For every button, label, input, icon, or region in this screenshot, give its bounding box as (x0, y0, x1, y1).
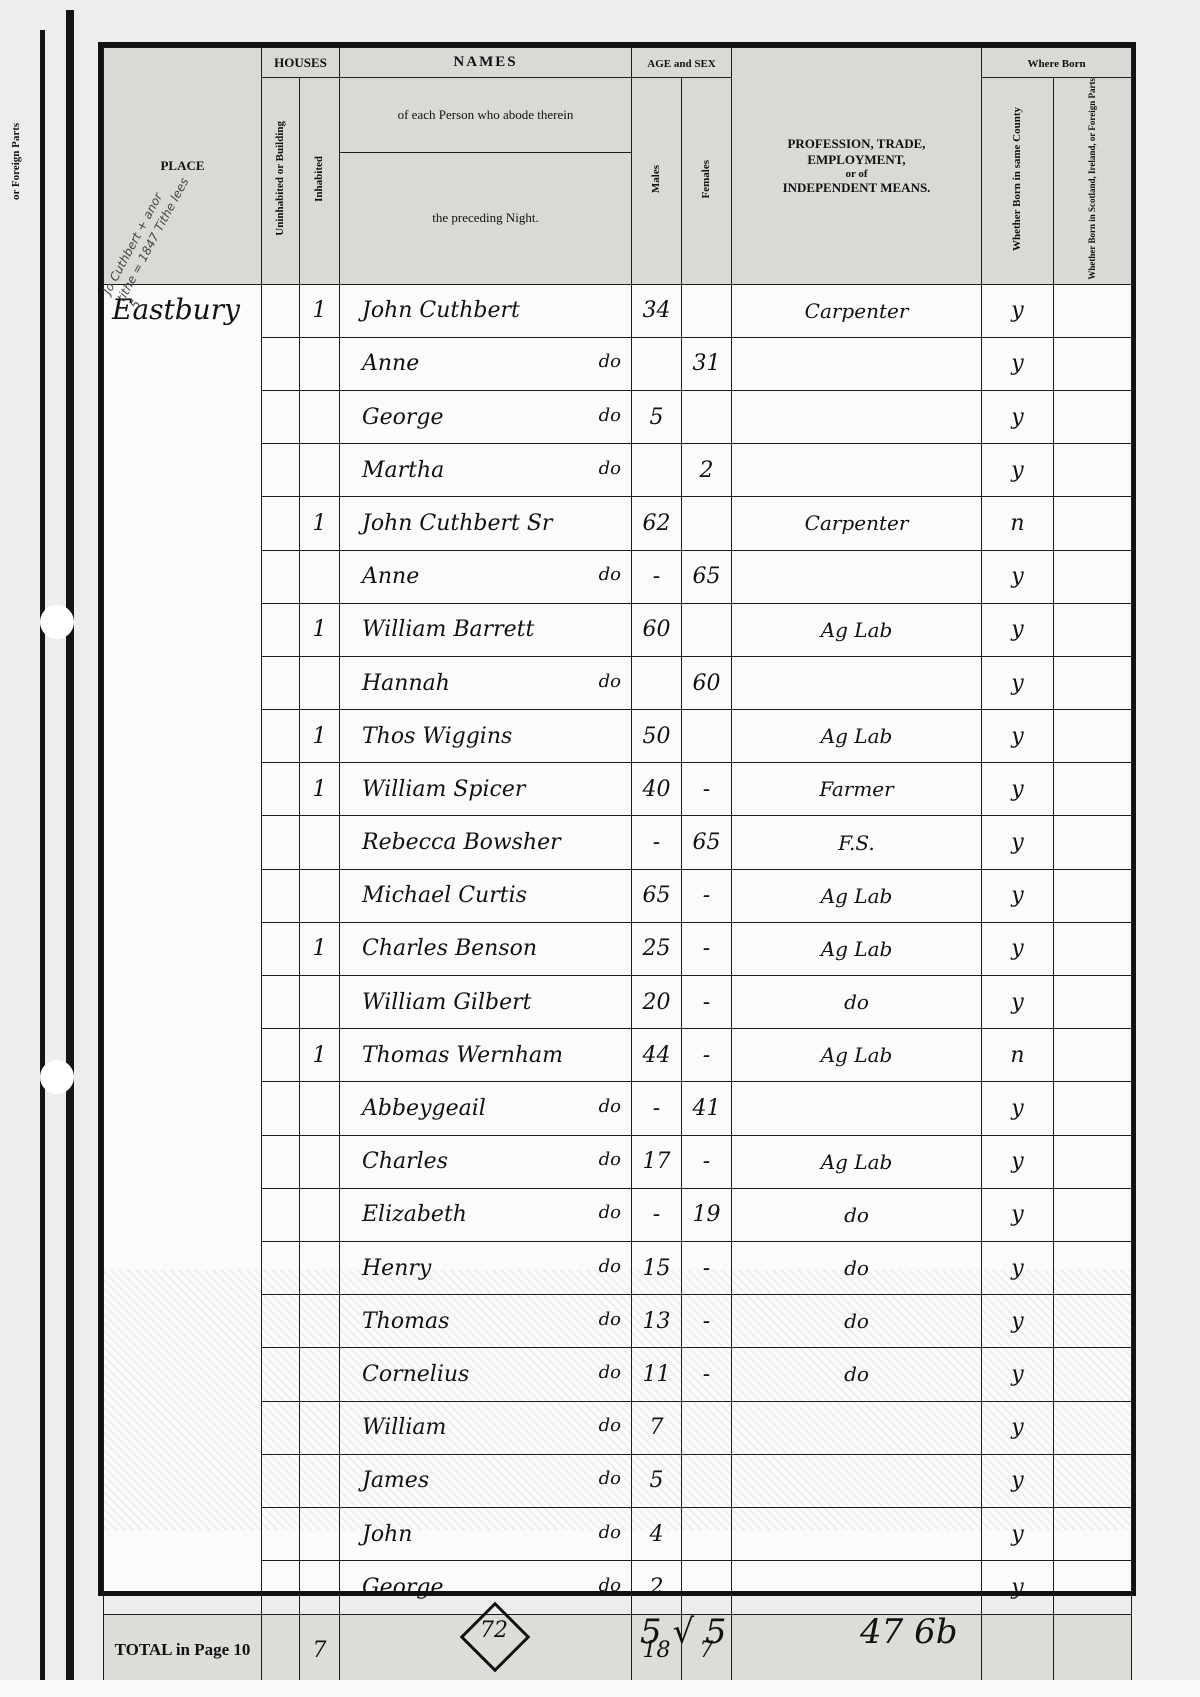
born-foreign-cell (1054, 710, 1132, 763)
inhabited-cell (300, 656, 340, 709)
born-county-cell: y (982, 710, 1054, 763)
inhabited-cell (300, 550, 340, 603)
name-cell: Henrydo (340, 1241, 632, 1294)
profession-cell: Ag Lab (732, 869, 982, 922)
female-age-cell (682, 1454, 732, 1507)
totals-born-foreign (1054, 1614, 1132, 1687)
inhabited-cell: 1 (300, 1029, 340, 1082)
profession-cell (732, 550, 982, 603)
male-age-cell: 34 (632, 284, 682, 337)
female-age-cell (682, 1561, 732, 1615)
census-form: PLACE HOUSES NAMES AGE and SEX PROFESSIO… (98, 42, 1136, 1596)
uninhabited-cell (262, 1241, 300, 1294)
born-county-cell: y (982, 337, 1054, 390)
header-names-subtitle: of each Person who abode therein (340, 78, 632, 153)
inhabited-cell: 1 (300, 763, 340, 816)
born-foreign-cell (1054, 390, 1132, 443)
inhabited-cell: 1 (300, 603, 340, 656)
profession-cell: Ag Lab (732, 710, 982, 763)
uninhabited-cell (262, 603, 300, 656)
born-county-cell: y (982, 1507, 1054, 1560)
inhabited-cell: 1 (300, 710, 340, 763)
name-cell: Jamesdo (340, 1454, 632, 1507)
born-county-cell: y (982, 444, 1054, 497)
census-table: PLACE HOUSES NAMES AGE and SEX PROFESSIO… (103, 47, 1132, 1688)
female-age-cell: 2 (682, 444, 732, 497)
profession-cell: do (732, 1188, 982, 1241)
female-age-cell: - (682, 1295, 732, 1348)
profession-cell (732, 1454, 982, 1507)
born-county-cell: y (982, 656, 1054, 709)
footer-reference-note: 47 6b (860, 1612, 957, 1652)
name-cell: Thomas Wernham (340, 1029, 632, 1082)
uninhabited-cell (262, 922, 300, 975)
born-county-cell: y (982, 1188, 1054, 1241)
name-cell: John Cuthbert (340, 284, 632, 337)
header-names-subtitle-2: the preceding Night. (340, 153, 632, 284)
female-age-cell (682, 1401, 732, 1454)
name-cell: Thomasdo (340, 1295, 632, 1348)
header-males: Males (632, 78, 682, 285)
born-county-cell: y (982, 976, 1054, 1029)
female-age-cell (682, 710, 732, 763)
female-age-cell: 19 (682, 1188, 732, 1241)
male-age-cell: 50 (632, 710, 682, 763)
female-age-cell: - (682, 1348, 732, 1401)
born-county-cell: y (982, 869, 1054, 922)
born-county-cell: y (982, 922, 1054, 975)
female-age-cell: - (682, 976, 732, 1029)
name-cell: Johndo (340, 1507, 632, 1560)
uninhabited-cell (262, 284, 300, 337)
name-cell: John Cuthbert Sr (340, 497, 632, 550)
profession-cell: do (732, 1241, 982, 1294)
scan-border (0, 1680, 1200, 1697)
profession-cell: Carpenter (732, 284, 982, 337)
born-foreign-cell (1054, 1561, 1132, 1615)
name-cell: Elizabethdo (340, 1188, 632, 1241)
inhabited-cell: 1 (300, 497, 340, 550)
male-age-cell (632, 337, 682, 390)
male-age-cell: 40 (632, 763, 682, 816)
born-foreign-cell (1054, 497, 1132, 550)
name-cell: Williamdo (340, 1401, 632, 1454)
uninhabited-cell (262, 816, 300, 869)
male-age-cell (632, 444, 682, 497)
female-age-cell: - (682, 1029, 732, 1082)
uninhabited-cell (262, 1029, 300, 1082)
born-county-cell: n (982, 497, 1054, 550)
profession-cell (732, 1561, 982, 1615)
male-age-cell: 20 (632, 976, 682, 1029)
header-born-scotland: Whether Born in Scotland, Ireland, or Fo… (1054, 78, 1132, 285)
male-age-cell: 62 (632, 497, 682, 550)
born-foreign-cell (1054, 1188, 1132, 1241)
born-county-cell: n (982, 1029, 1054, 1082)
born-county-cell: y (982, 550, 1054, 603)
male-age-cell: - (632, 1082, 682, 1135)
male-age-cell: 15 (632, 1241, 682, 1294)
born-county-cell: y (982, 603, 1054, 656)
inhabited-cell (300, 1561, 340, 1615)
header-born-same-county: Whether Born in same County (982, 78, 1054, 285)
uninhabited-cell (262, 656, 300, 709)
born-county-cell: y (982, 816, 1054, 869)
male-age-cell (632, 656, 682, 709)
born-foreign-cell (1054, 1082, 1132, 1135)
born-foreign-cell (1054, 656, 1132, 709)
census-page: or Foreign Parts PLACE HOUSES NAMES AGE … (0, 0, 1200, 1697)
footer-tally-note: 5 √ 5 (640, 1612, 727, 1652)
binding-rule (66, 10, 74, 1690)
previous-page-header-text: or Foreign Parts (10, 60, 30, 200)
inhabited-cell (300, 444, 340, 497)
header-names: NAMES (340, 48, 632, 78)
inhabited-cell (300, 1082, 340, 1135)
born-county-cell: y (982, 763, 1054, 816)
header-profession: PROFESSION, TRADE, EMPLOYMENT, or of IND… (732, 48, 982, 285)
born-foreign-cell (1054, 869, 1132, 922)
previous-page-edge (8, 30, 45, 1680)
inhabited-cell (300, 1401, 340, 1454)
male-age-cell: - (632, 550, 682, 603)
uninhabited-cell (262, 1561, 300, 1615)
female-age-cell: - (682, 1135, 732, 1188)
born-county-cell: y (982, 284, 1054, 337)
name-cell: Annedo (340, 337, 632, 390)
uninhabited-cell (262, 710, 300, 763)
male-age-cell: 5 (632, 1454, 682, 1507)
born-foreign-cell (1054, 1241, 1132, 1294)
born-foreign-cell (1054, 763, 1132, 816)
male-age-cell: 11 (632, 1348, 682, 1401)
name-cell: Charles Benson (340, 922, 632, 975)
male-age-cell: 7 (632, 1401, 682, 1454)
name-cell: William Gilbert (340, 976, 632, 1029)
profession-cell: do (732, 1348, 982, 1401)
born-foreign-cell (1054, 550, 1132, 603)
inhabited-cell (300, 337, 340, 390)
profession-cell (732, 444, 982, 497)
female-age-cell: - (682, 869, 732, 922)
inhabited-cell (300, 1295, 340, 1348)
name-cell: Annedo (340, 550, 632, 603)
totals-uninhabited (262, 1614, 300, 1687)
inhabited-cell: 1 (300, 922, 340, 975)
male-age-cell: 4 (632, 1507, 682, 1560)
profession-cell: Ag Lab (732, 603, 982, 656)
inhabited-cell (300, 390, 340, 443)
born-foreign-cell (1054, 1454, 1132, 1507)
place-cell: Eastbury (104, 284, 262, 1614)
female-age-cell: - (682, 763, 732, 816)
name-cell: Georgedo (340, 1561, 632, 1615)
born-foreign-cell (1054, 976, 1132, 1029)
born-county-cell: y (982, 1241, 1054, 1294)
profession-cell: do (732, 1295, 982, 1348)
profession-cell (732, 390, 982, 443)
profession-cell: Ag Lab (732, 922, 982, 975)
totals-label: TOTAL in Page 10 (104, 1614, 262, 1687)
female-age-cell (682, 390, 732, 443)
born-county-cell: y (982, 1135, 1054, 1188)
male-age-cell: 25 (632, 922, 682, 975)
header-where-born: Where Born (982, 48, 1132, 78)
totals-row: TOTAL in Page 10 7 18 7 (104, 1614, 1132, 1687)
born-foreign-cell (1054, 922, 1132, 975)
born-county-cell: y (982, 1454, 1054, 1507)
female-age-cell: 60 (682, 656, 732, 709)
inhabited-cell (300, 1348, 340, 1401)
profession-cell (732, 1507, 982, 1560)
male-age-cell: - (632, 1188, 682, 1241)
header-uninhabited: Uninhabited or Building (262, 78, 300, 285)
female-age-cell: 65 (682, 550, 732, 603)
punch-hole (40, 605, 74, 639)
uninhabited-cell (262, 1135, 300, 1188)
female-age-cell: - (682, 922, 732, 975)
profession-cell: Farmer (732, 763, 982, 816)
inhabited-cell (300, 816, 340, 869)
male-age-cell: 60 (632, 603, 682, 656)
name-cell: Thos Wiggins (340, 710, 632, 763)
name-cell: Georgedo (340, 390, 632, 443)
born-foreign-cell (1054, 444, 1132, 497)
header-inhabited: Inhabited (300, 78, 340, 285)
inhabited-cell (300, 1188, 340, 1241)
inhabited-cell (300, 1135, 340, 1188)
born-county-cell: y (982, 1295, 1054, 1348)
inhabited-cell (300, 1454, 340, 1507)
name-cell: Corneliusdo (340, 1348, 632, 1401)
uninhabited-cell (262, 1507, 300, 1560)
name-cell: Michael Curtis (340, 869, 632, 922)
uninhabited-cell (262, 869, 300, 922)
profession-cell: Ag Lab (732, 1135, 982, 1188)
profession-cell: do (732, 976, 982, 1029)
female-age-cell: - (682, 1241, 732, 1294)
uninhabited-cell (262, 390, 300, 443)
male-age-cell: 5 (632, 390, 682, 443)
uninhabited-cell (262, 444, 300, 497)
uninhabited-cell (262, 976, 300, 1029)
born-foreign-cell (1054, 816, 1132, 869)
inhabited-cell (300, 869, 340, 922)
name-cell: Hannahdo (340, 656, 632, 709)
born-foreign-cell (1054, 1029, 1132, 1082)
uninhabited-cell (262, 1082, 300, 1135)
female-age-cell (682, 603, 732, 656)
born-foreign-cell (1054, 1135, 1132, 1188)
header-age-sex: AGE and SEX (632, 48, 732, 78)
header-houses: HOUSES (262, 48, 340, 78)
born-county-cell: y (982, 390, 1054, 443)
name-cell: Abbeygeaildo (340, 1082, 632, 1135)
uninhabited-cell (262, 337, 300, 390)
uninhabited-cell (262, 497, 300, 550)
born-foreign-cell (1054, 1507, 1132, 1560)
inhabited-cell (300, 976, 340, 1029)
name-cell: Charlesdo (340, 1135, 632, 1188)
born-foreign-cell (1054, 603, 1132, 656)
inhabited-cell (300, 1507, 340, 1560)
uninhabited-cell (262, 1348, 300, 1401)
female-age-cell: 41 (682, 1082, 732, 1135)
profession-cell (732, 656, 982, 709)
male-age-cell: 17 (632, 1135, 682, 1188)
female-age-cell (682, 497, 732, 550)
male-age-cell: 13 (632, 1295, 682, 1348)
name-cell: William Barrett (340, 603, 632, 656)
uninhabited-cell (262, 1401, 300, 1454)
profession-cell (732, 1401, 982, 1454)
uninhabited-cell (262, 1295, 300, 1348)
name-cell: Rebecca Bowsher (340, 816, 632, 869)
male-age-cell: 44 (632, 1029, 682, 1082)
name-cell: William Spicer (340, 763, 632, 816)
born-foreign-cell (1054, 1348, 1132, 1401)
profession-cell: Ag Lab (732, 1029, 982, 1082)
male-age-cell: - (632, 816, 682, 869)
female-age-cell (682, 1507, 732, 1560)
header-females: Females (682, 78, 732, 285)
born-foreign-cell (1054, 1401, 1132, 1454)
uninhabited-cell (262, 763, 300, 816)
inhabited-cell (300, 1241, 340, 1294)
totals-inhabited: 7 (300, 1614, 340, 1687)
name-cell: Marthado (340, 444, 632, 497)
female-age-cell: 31 (682, 337, 732, 390)
female-age-cell (682, 284, 732, 337)
uninhabited-cell (262, 1188, 300, 1241)
born-foreign-cell (1054, 284, 1132, 337)
punch-hole (40, 1060, 74, 1094)
uninhabited-cell (262, 1454, 300, 1507)
folio-number: 72 (466, 1618, 522, 1643)
profession-cell (732, 337, 982, 390)
male-age-cell: 2 (632, 1561, 682, 1615)
profession-cell (732, 1082, 982, 1135)
born-county-cell: y (982, 1082, 1054, 1135)
profession-cell: F.S. (732, 816, 982, 869)
uninhabited-cell (262, 550, 300, 603)
female-age-cell: 65 (682, 816, 732, 869)
inhabited-cell: 1 (300, 284, 340, 337)
totals-born-county (982, 1614, 1054, 1687)
born-county-cell: y (982, 1561, 1054, 1615)
born-county-cell: y (982, 1401, 1054, 1454)
born-foreign-cell (1054, 1295, 1132, 1348)
profession-cell: Carpenter (732, 497, 982, 550)
male-age-cell: 65 (632, 869, 682, 922)
born-foreign-cell (1054, 337, 1132, 390)
born-county-cell: y (982, 1348, 1054, 1401)
table-row: Eastbury 1 John Cuthbert 34 Carpenter y (104, 284, 1132, 337)
